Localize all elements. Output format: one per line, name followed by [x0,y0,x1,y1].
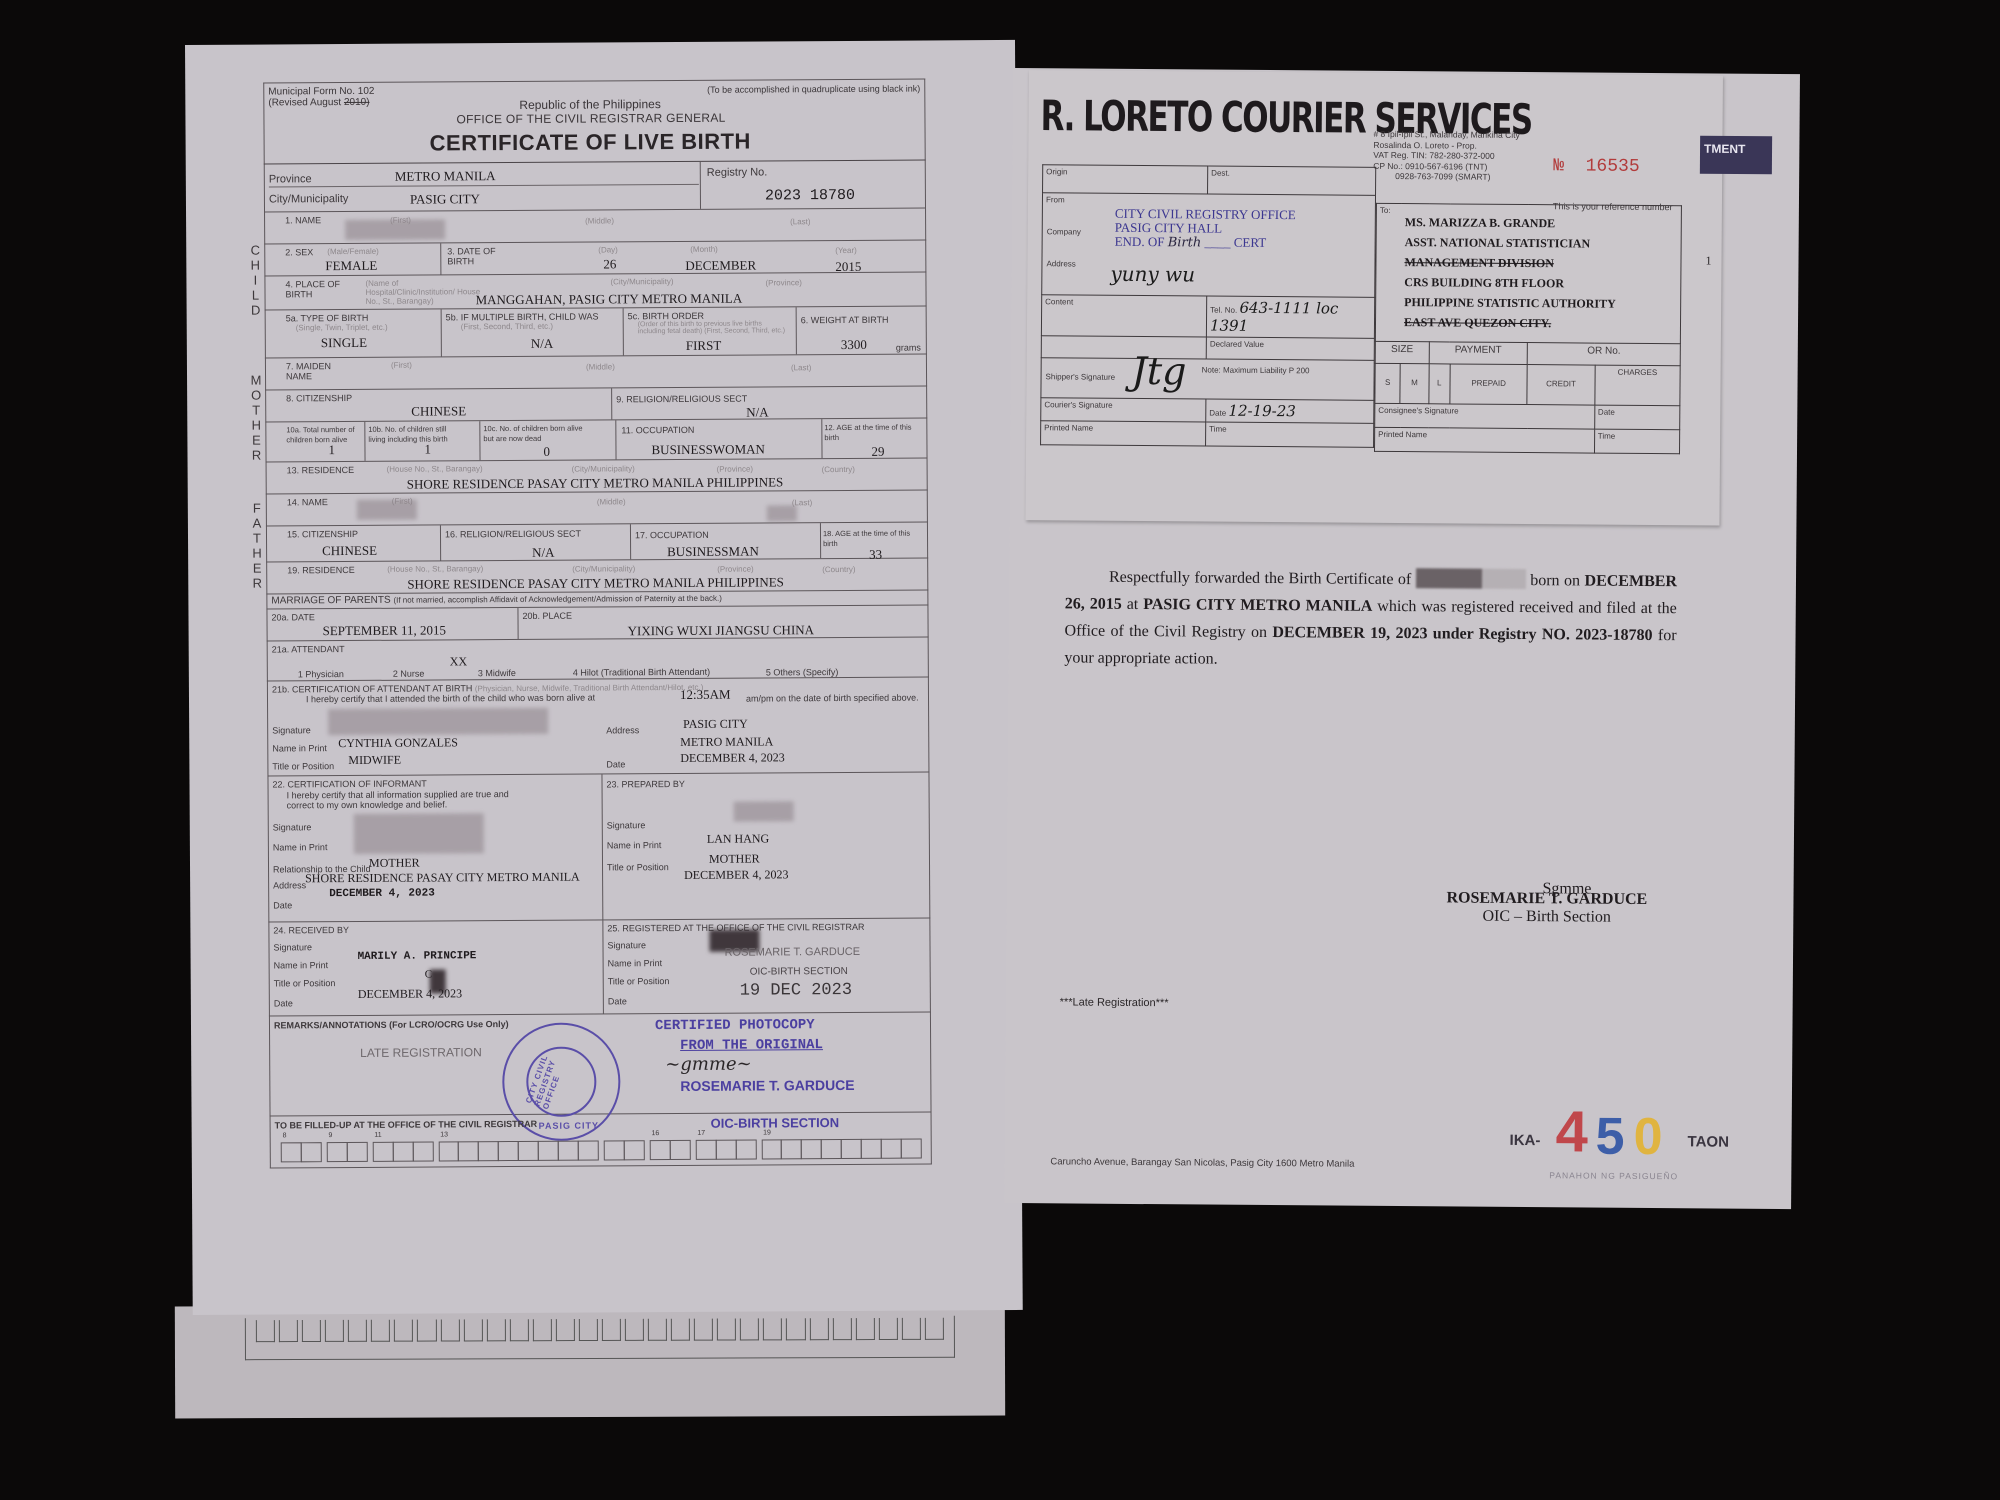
stamp-signature: ~gmme~ [665,1054,752,1076]
hint-house: (House No., St., Barangay) [387,564,483,574]
dob-label: 3. DATE OF BIRTH [447,246,507,266]
hint-country: (Country) [822,565,855,574]
received-registered-row: 24. RECEIVED BY Signature Name in Print … [268,918,931,1016]
father-name-row: 14. NAME (First) (Middle) (Last) [266,490,928,526]
mother-children-row: 10a. Total number of children born alive… [265,418,927,462]
mother-citizenship: CHINESE [411,403,466,419]
name-label: Name in Print [272,743,327,753]
attendant-selected-mark: XX [450,654,467,669]
redacted-father-first [357,500,417,520]
mother-side-label: MOTHER [249,373,264,463]
code-box[interactable] [781,1139,802,1159]
received-label: 24. RECEIVED BY [273,925,349,935]
registered-name: ROSEMARIE T. GARDUCE [725,946,861,959]
registrar-box-strip [245,1316,955,1360]
attendant-option-others: 5 Others (Specify) [766,667,839,677]
logo-digit-4: 4 [1555,1098,1588,1165]
hint-city: (City/Municipality) [610,277,673,286]
attendant-row: 21a. ATTENDANT 1 Physician 2 Nurse XX 3 … [267,637,929,681]
marriage-date: SEPTEMBER 11, 2015 [323,622,447,639]
province-value: METRO MANILA [395,168,496,185]
code-box-group: 8 [281,1134,321,1164]
code-box[interactable] [881,1139,902,1159]
code-box[interactable] [578,1140,599,1160]
code-box[interactable] [301,1142,322,1162]
date-label: Date [608,996,627,1006]
child-birth-type-row: 5a. TYPE OF BIRTH (Single, Twin, Triplet… [265,306,927,358]
type-value: SINGLE [321,335,367,351]
recipient-table: To: MS. MARIZZA B. GRANDE ASST. NATIONAL… [1374,203,1682,454]
declared-value-cell: Declared Value [1206,337,1374,360]
weight-value: 3300 [841,337,867,353]
name-label: Name in Print [607,840,662,850]
dead-label: 10c. No. of children born alive but are … [483,424,583,445]
date-label: Date [273,900,292,910]
marriage-header: MARRIAGE OF PARENTS (If not married, acc… [271,594,722,607]
living-label: 10b. No. of children still living includ… [368,424,453,445]
letter-body: Respectfully forwarded the Birth Certifi… [1064,563,1677,676]
form-number: Municipal Form No. 102(Revised August 20… [268,86,374,109]
code-box[interactable] [735,1140,756,1160]
attendant-option-hilot: 4 Hilot (Traditional Birth Attendant) [573,667,710,678]
footer-address: Caruncho Avenue, Barangay San Nicolas, P… [1050,1156,1354,1169]
redacted-child-name [345,219,445,240]
logo-digit-5: 5 [1595,1107,1624,1167]
father-side-label: FATHER [250,501,265,591]
redacted-father-last [767,505,797,521]
dob-day: 26 [603,256,616,272]
sex-label: 2. SEX [285,247,313,257]
form-title: CERTIFICATE OF LIVE BIRTH [430,129,751,157]
hint-middle: (Middle) [597,497,626,506]
child-name-label: 1. NAME [285,215,321,225]
redacted-attendant-signature [328,708,548,735]
registered-date: 19 DEC 2023 [740,981,852,1001]
hint-day: (Day) [598,245,618,254]
father-citizenship-label: 15. CITIZENSHIP [287,529,358,539]
code-box-group [604,1132,644,1162]
recipient-cell: To: MS. MARIZZA B. GRANDE ASST. NATIONAL… [1375,203,1681,343]
hint-multiple: (First, Second, Third, etc.) [461,322,553,332]
received-date: DECEMBER 4, 2023 [358,986,462,1002]
code-box[interactable] [861,1139,882,1159]
prepared-title: MOTHER [709,852,760,867]
code-box[interactable] [438,1141,459,1161]
hint-last: (Last) [790,217,811,226]
courier-address: # 8 Ipil-Ipil St., Malanday, Marikina Ci… [1373,129,1520,183]
hint-province: (Province) [765,278,802,287]
remarks-text: LATE REGISTRATION [360,1045,482,1060]
father-occupation: BUSINESSMAN [667,544,759,561]
received-name: MARILY A. PRINCIPE [358,950,477,963]
total-children: 1 [328,442,335,458]
order-label: 5c. BIRTH ORDER [628,311,704,321]
attendant-cert-row: 21b. CERTIFICATION OF ATTENDANT AT BIRTH… [267,677,930,776]
reference-number: № 16535 [1553,156,1640,177]
certified-stamp-name: ROSEMARIE T. GARDUCE [680,1077,854,1094]
consignee-date-cell: Date [1594,405,1680,430]
mother-citizenship-row: 8. CITIZENSHIP CHINESE 9. RELIGION/RELIG… [265,386,927,422]
code-box[interactable] [650,1140,671,1160]
size-l[interactable]: L [1428,364,1450,404]
name-label: Name in Print [273,842,328,852]
multiple-value: N/A [531,336,553,352]
address-label: Address [606,725,639,735]
informant-address: SHORE RESIDENCE PASAY CITY METRO MANILA [305,870,580,887]
prepared-date: DECEMBER 4, 2023 [684,867,788,883]
signature-label: Signature [607,820,646,830]
time-cell: Time [1206,422,1374,447]
from-cell: From Company Address CITY CIVIL REGISTRY… [1042,193,1376,298]
size-s[interactable]: S [1375,363,1401,403]
hint-province: (Province) [717,465,754,474]
payment-header: PAYMENT [1429,342,1528,365]
recipient-lines: MS. MARIZZA B. GRANDE ASST. NATIONAL STA… [1404,212,1617,334]
code-box-group: 9 [327,1134,367,1164]
birth-form: Municipal Form No. 102(Revised August 20… [263,78,932,1168]
marriage-date-label: 20a. DATE [271,612,314,622]
mother-religion-label: 9. RELIGION/RELIGIOUS SECT [616,394,747,405]
code-box[interactable] [901,1139,922,1159]
father-residence-label: 19. RESIDENCE [287,565,355,575]
informant-relationship: MOTHER [369,856,420,871]
name-label: Name in Print [274,960,329,970]
child-section: CHILD 1. NAME (First) (Middle) (Last) 2.… [264,208,927,358]
mother-name-label: 7. MAIDEN NAME [286,361,346,381]
father-residence-row: 19. RESIDENCE (House No., St., Barangay)… [266,558,928,594]
mother-citizenship-label: 8. CITIZENSHIP [286,393,352,403]
province-row: Province METRO MANILA City/Municipality … [264,160,926,212]
hint-type: (Single, Twin, Triplet, etc.) [296,323,388,333]
code-box[interactable] [558,1141,579,1161]
father-name-label: 14. NAME [287,497,328,507]
hint-order: (Order of this birth to previous live bi… [638,320,788,335]
hint-month: (Month) [690,245,718,254]
informant-text: I hereby certify that all information su… [287,789,527,810]
logo-prefix: IKA- [1510,1132,1541,1149]
code-box-group: 19 [761,1131,921,1162]
form-header: Municipal Form No. 102(Revised August 20… [263,78,925,164]
attendant-cert-text-end: am/pm on the date of birth specified abo… [746,693,919,704]
signature-label: Signature [272,725,311,735]
order-value: FIRST [686,338,722,354]
place-of-birth: MANGGAHAN, PASIG CITY METRO MANILA [476,291,743,309]
child-name-row: 1. NAME (First) (Middle) (Last) [264,208,926,244]
hint-middle: (Middle) [586,362,615,371]
mother-religion: N/A [746,404,768,420]
weight-label: 6. WEIGHT AT BIRTH [801,315,889,326]
marriage-place: YIXING WUXI JIANGSU CHINA [628,622,815,639]
birth-time: 12:35AM [680,687,731,703]
mother-occupation-label: 11. OCCUPATION [621,425,694,435]
enclosure-line: END. OF Birth ____ CERT [1115,234,1267,251]
republic-label: Republic of the Philippines [519,97,661,112]
code-box[interactable] [604,1140,625,1160]
hint-first: (First) [391,361,412,370]
child-sex-dob-row: 2. SEX (Male/Female) FEMALE 3. DATE OF B… [264,240,926,276]
consignee-signature-cell: Consignee's Signature [1375,403,1595,429]
size-header: SIZE [1375,341,1429,363]
certified-stamp-title: OIC-BIRTH SECTION [711,1115,840,1131]
code-box[interactable] [372,1142,393,1162]
code-box[interactable] [327,1142,348,1162]
prepared-label: 23. PREPARED BY [606,779,684,789]
prepared-name: LAN HANG [707,831,769,846]
hint-hospital: (Name of Hospital/Clinic/Institution/ Ho… [365,278,485,306]
type-label: 5a. TYPE OF BIRTH [286,313,369,324]
attendant-option-nurse: 2 Nurse [393,669,425,679]
content-cell: Content [1041,295,1206,337]
dead-children: 0 [543,444,550,460]
code-box-group: 17 [695,1132,755,1162]
weight-unit: grams [896,343,921,353]
pasig-450-logo: IKA- 4 5 0 TAON PANAHON NG PASIGUEÑO [1509,1092,1740,1184]
child-place-row: 4. PLACE OF BIRTH (Name of Hospital/Clin… [264,272,926,310]
mother-residence: SHORE RESIDENCE PASAY CITY METRO MANILA … [407,474,784,492]
registry-label: Registry No. [707,167,768,177]
date-cell: Date 12-19-23 [1206,399,1374,423]
date-label: Date [606,759,625,769]
mother-age-label: 12. AGE at the time of this birth [824,422,924,443]
title-label: Title or Position [608,976,670,986]
attendant-name: CYNTHIA GONZALES [338,735,458,751]
informant-label: 22. CERTIFICATION OF INFORMANT [272,779,426,790]
code-box[interactable] [695,1140,716,1160]
signatory-title: OIC – Birth Section [1446,907,1647,927]
code-box[interactable] [518,1141,539,1161]
sender-table: OriginDest. From Company Address CITY CI… [1040,164,1376,448]
code-box[interactable] [458,1141,479,1161]
registrar-fill-row: TO BE FILLED-UP AT THE OFFICE OF THE CIV… [270,1112,932,1168]
hint-city: (City/Municipality) [572,564,635,573]
size-m[interactable]: M [1400,364,1428,404]
code-box[interactable] [715,1140,736,1160]
signature-label: Signature [607,940,646,950]
redacted-prepared-signature [734,801,794,821]
second-page-strip [175,1304,1005,1419]
attendant-address-1: PASIG CITY [683,717,748,732]
signature-label: Signature [273,822,312,832]
code-box-group: 16 [649,1132,689,1162]
address-label: Address [273,880,306,890]
code-box[interactable] [841,1139,862,1159]
living-children: 1 [424,442,431,458]
payment-credit[interactable]: CREDIT [1527,365,1595,406]
payment-prepaid[interactable]: PREPAID [1450,364,1528,405]
place-label: 4. PLACE OF BIRTH [285,279,345,299]
courier-slip: R. LORETO COURIER SERVICES # 8 Ipil-Ipil… [1025,70,1723,525]
logo-tagline: PANAHON NG PASIGUEÑO [1549,1170,1678,1181]
shipper-signature-cell: Shipper's Signature Jtg Note: Maximum Li… [1041,358,1374,401]
name-label: Name in Print [608,958,663,968]
redacted-informant-signature [354,813,484,854]
accomplish-note: (To be accomplished in quadruplicate usi… [707,84,920,95]
child-side-label: CHILD [248,243,262,318]
certified-stamp-line2: FROM THE ORIGINAL [680,1037,823,1054]
attendant-option-midwife: 3 Midwife [478,668,516,678]
hint-province: (Province) [717,565,754,574]
logo-digit-0: 0 [1633,1107,1662,1167]
father-section: FATHER 14. NAME (First) (Middle) (Last) … [266,490,929,594]
hint-house: (House No., St., Barangay) [387,464,483,474]
informant-date: DECEMBER 4, 2023 [329,887,435,900]
code-box-group: 13 [438,1132,598,1163]
attendant-address-2: METRO MANILA [680,734,773,750]
registrar-fill-label: TO BE FILLED-UP AT THE OFFICE OF THE CIV… [275,1119,538,1131]
attendant-option-physician: 1 Physician [298,669,344,679]
hint-year: (Year) [835,246,857,255]
father-citizenship: CHINESE [322,543,377,559]
charges-cell: CHARGES [1595,365,1681,406]
father-occupation-label: 17. OCCUPATION [635,530,709,540]
mother-name-row: 7. MAIDEN NAME (First) (Middle) (Last) [265,354,927,390]
logo-suffix: TAON [1688,1133,1730,1150]
title-label: Title or Position [272,761,334,771]
code-box[interactable] [761,1139,782,1159]
late-registration-note: ***Late Registration*** [1060,996,1169,1009]
transmittal-letter: R. LORETO COURIER SERVICES # 8 Ipil-Ipil… [1004,68,1800,1209]
sex-value: FEMALE [325,258,377,274]
total-children-label: 10a. Total number of children born alive [286,425,361,445]
code-box[interactable] [669,1140,690,1160]
dob-month: DECEMBER [685,258,756,274]
hint-country: (Country) [822,465,855,474]
mother-occupation: BUSINESSWOMAN [651,441,765,458]
father-citizenship-row: 15. CITIZENSHIP CHINESE 16. RELIGION/REL… [266,522,928,562]
father-residence: SHORE RESIDENCE PASAY CITY METRO MANILA … [407,574,784,592]
informant-prepared-row: 22. CERTIFICATION OF INFORMANT I hereby … [267,772,930,922]
consignee-time-cell: Time [1594,429,1680,454]
signature-label: Signature [273,942,312,952]
side-mark: 1 [1705,253,1711,268]
date-label: Date [274,998,293,1008]
hint-sex: (Male/Female) [327,247,379,256]
dest-cell: Dest. [1208,166,1376,195]
city-value: PASIG CITY [410,191,480,207]
mother-residence-label: 13. RESIDENCE [287,465,355,475]
code-box[interactable] [538,1141,559,1161]
certificate-of-live-birth: Municipal Form No. 102(Revised August 20… [185,40,1023,1315]
city-label: City/Municipality [269,194,349,204]
mother-residence-row: 13. RESIDENCE (House No., St., Barangay)… [266,458,928,494]
letter-signatory: Sgmme ROSEMARIE T. GARDUCE OIC – Birth S… [1446,879,1647,927]
code-box-group: 11 [372,1134,432,1164]
attendant-label: 21a. ATTENDANT [272,644,345,654]
or-no-header: OR No. [1527,343,1680,366]
shipper-signature: Jtg [1131,349,1186,393]
hint-last: (Last) [791,363,812,372]
code-box[interactable] [624,1140,645,1160]
department-tab: TMENT [1700,136,1772,175]
marriage-place-label: 20b. PLACE [522,611,572,621]
multiple-label: 5b. IF MULTIPLE BIRTH, CHILD WAS [446,311,599,322]
redacted-child-name [1416,568,1526,589]
consignee-printed-name-cell: Printed Name [1375,427,1595,453]
tel-cell: Tel. No. 643-1111 loc 1391 [1206,296,1374,338]
signatory-name: ROSEMARIE T. GARDUCE [1446,889,1647,909]
code-box[interactable] [412,1142,433,1162]
mother-age: 29 [871,444,884,460]
title-label: Title or Position [607,862,669,872]
father-religion-label: 16. RELIGION/RELIGIOUS SECT [445,529,581,540]
registry-number: 2023 18780 [765,187,855,205]
liability-note: Note: Maximum Liability P 200 [1202,365,1310,375]
sender-handwriting: yuny wu [1110,262,1195,287]
remarks-row: REMARKS/ANNOTATIONS (For LCRO/OCRG Use O… [269,1012,932,1116]
province-label: Province [269,174,312,184]
code-box[interactable] [821,1139,842,1159]
registered-title: OIC-BIRTH SECTION [750,966,848,978]
code-box[interactable] [392,1142,413,1162]
attendant-title: MIDWIFE [348,753,401,768]
code-box[interactable] [801,1139,822,1159]
code-box[interactable] [478,1141,499,1161]
hint-city: (City/Municipality) [572,464,635,473]
office-label: OFFICE OF THE CIVIL REGISTRAR GENERAL [456,111,725,127]
mother-section: MOTHER 7. MAIDEN NAME (First) (Middle) (… [265,354,928,494]
marriage-row: 20a. DATE SEPTEMBER 11, 2015 20b. PLACE … [266,605,928,641]
code-box[interactable] [498,1141,519,1161]
hint-middle: (Middle) [585,216,614,225]
title-label: Title or Position [274,978,336,988]
code-box[interactable] [347,1142,368,1162]
certified-stamp-line1: CERTIFIED PHOTOCOPY [655,1017,815,1034]
father-religion: N/A [532,545,554,561]
attendant-cert-text: I hereby certify that I attended the bir… [306,693,595,705]
remarks-label: REMARKS/ANNOTATIONS (For LCRO/OCRG Use O… [274,1019,509,1030]
attendant-date: DECEMBER 4, 2023 [680,750,784,766]
code-box[interactable] [281,1142,302,1162]
registrar-code-boxes: 891113161719 [281,1131,921,1165]
printed-name-cell: Printed Name [1041,421,1206,446]
origin-cell: Origin [1043,165,1208,194]
courier-signature-cell: Courier's Signature [1041,398,1206,422]
